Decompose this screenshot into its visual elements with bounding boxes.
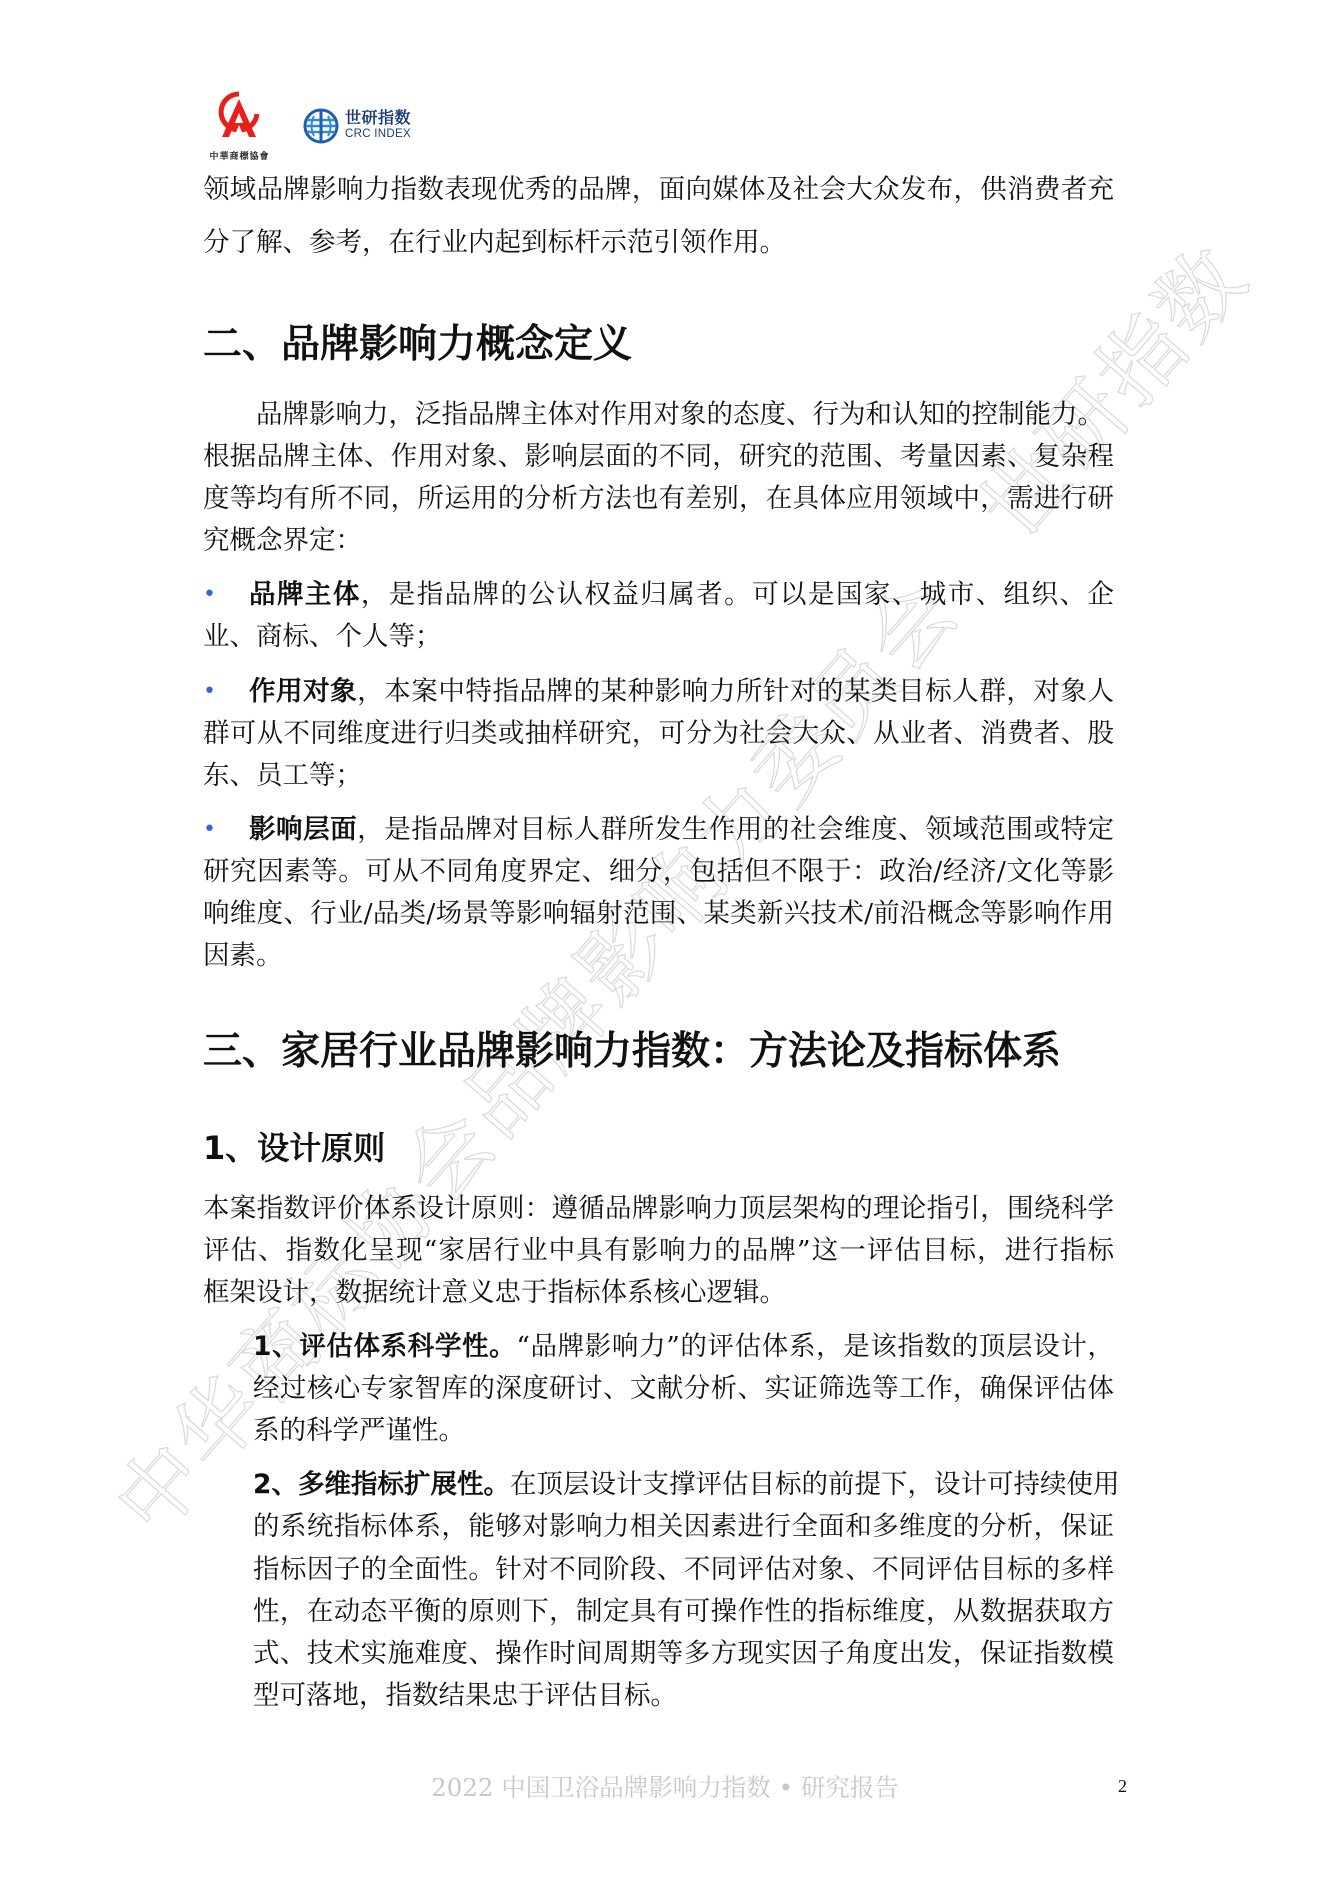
design-para-line-1: 本案指数评价体系设计原则：遵循品牌影响力顶层架构的理论指引，围绕科学 [203,1192,1114,1226]
design-para-line-2: 评估、指数化呈现“家居行业中具有影响力的品牌”这一评估目标，进行指标 [203,1234,1114,1268]
principle-2-line-5: 式、技术实施难度、操作时间周期等多方现实因子角度出发，保证指数模 [253,1637,1114,1671]
principle-2-line-4: 性，在动态平衡的原则下，制定具有可操作性的指标维度，从数据获取方 [253,1595,1114,1629]
crc-logo-en: CRC INDEX [345,128,411,141]
principle-2-line-1: 2、多维指标扩展性。在顶层设计支撑评估目标的前提下，设计可持续使用 [253,1468,1114,1502]
bullet-1-line-2: 业、商标、个人等； [203,620,1114,654]
bullet-2-term: 作用对象 [249,676,357,707]
bullet-2-line-1: 作用对象，本案中特指品牌的某种影响力所针对的某类目标人群，对象人 [249,675,1114,709]
principle-1-line-3: 系的科学严谨性。 [253,1414,1114,1448]
china-trademark-association-logo: 中華商標協會 [202,87,277,167]
caa-caption: 中華商標協會 [202,149,277,162]
intro-line-1: 领域品牌影响力指数表现优秀的品牌，面向媒体及社会大众发布，供消费者充 [203,173,1114,207]
crc-logo-cn: 世研指数 [345,109,411,127]
bullet-3-term: 影响层面 [249,814,357,845]
section-3-heading: 三、家居行业品牌影响力指数：方法论及指标体系 [203,1028,1061,1076]
section-2-para-line-1: 品牌影响力，泛指品牌主体对作用对象的态度、行为和认知的控制能力。 [256,398,1114,432]
principle-1-line-2: 经过核心专家智库的深度研讨、文献分析、实证筛选等工作，确保评估体 [253,1372,1114,1406]
bullet-2-line-3: 东、员工等； [203,759,1114,793]
section-2-para-line-3: 度等均有所不同，所运用的分析方法也有差别，在具体应用领域中，需进行研 [203,482,1114,516]
principle-2-line-6: 型可落地，指数结果忠于评估目标。 [253,1679,1114,1713]
principle-2-text: 在顶层设计支撑评估目标的前提下，设计可持续使用 [510,1469,1120,1500]
bullet-3-line-4: 因素。 [203,939,1114,973]
bullet-3-line-2: 研究因素等。可从不同角度界定、细分，包括但不限于：政治/经济/文化等影 [203,855,1114,889]
intro-line-2: 分了解、参考，在行业内起到标杆示范引领作用。 [203,226,1114,260]
page-number: 2 [1118,1772,1138,1800]
bullet-dot-icon: • [203,578,215,612]
bullet-1-text: ，是指品牌的公认权益归属者。可以是国家、城市、组织、企 [361,579,1114,610]
section-2-heading: 二、品牌影响力概念定义 [203,321,632,369]
principle-1-text: “品牌影响力”的评估体系，是该指数的顶层设计， [516,1331,1114,1362]
section-2-para-line-2: 根据品牌主体、作用对象、影响层面的不同，研究的范围、考量因素、复杂程 [203,440,1114,474]
bullet-dot-icon: • [203,813,215,847]
caa-emblem-icon [214,91,264,141]
bullet-3-line-3: 响维度、行业/品类/场景等影响辐射范围、某类新兴技术/前沿概念等影响作用 [203,897,1114,931]
footer-title: 2022 中国卫浴品牌影响力指数 • 研究报告 [420,1772,910,1804]
principle-2-term: 2、多维指标扩展性。 [253,1469,510,1500]
bullet-3-text: ，是指品牌对目标人群所发生作用的社会维度、领域范围或特定 [357,814,1114,845]
bullet-1-line-1: 品牌主体，是指品牌的公认权益归属者。可以是国家、城市、组织、企 [249,578,1114,612]
bullet-dot-icon: • [203,675,215,709]
subsection-1-heading: 1、设计原则 [203,1128,385,1168]
bullet-1-term: 品牌主体 [249,579,361,610]
crc-index-logo: 世研指数 CRC INDEX [303,106,423,150]
principle-1-line-1: 1、评估体系科学性。“品牌影响力”的评估体系，是该指数的顶层设计， [253,1330,1114,1364]
principle-1-term: 1、评估体系科学性。 [253,1331,516,1362]
principle-2-line-2: 的系统指标体系，能够对影响力相关因素进行全面和多维度的分析，保证 [253,1510,1114,1544]
bullet-2-text: ，本案中特指品牌的某种影响力所针对的某类目标人群，对象人 [357,676,1114,707]
design-para-line-3: 框架设计，数据统计意义忠于指标体系核心逻辑。 [203,1276,1114,1310]
section-2-para-line-4: 究概念界定： [203,524,1114,558]
bullet-3-line-1: 影响层面，是指品牌对目标人群所发生作用的社会维度、领域范围或特定 [249,813,1114,847]
bullet-2-line-2: 群可从不同维度进行归类或抽样研究，可分为社会大众、从业者、消费者、股 [203,717,1114,751]
principle-2-line-3: 指标因子的全面性。针对不同阶段、不同评估对象、不同评估目标的多样 [253,1553,1114,1587]
globe-icon [303,108,339,144]
